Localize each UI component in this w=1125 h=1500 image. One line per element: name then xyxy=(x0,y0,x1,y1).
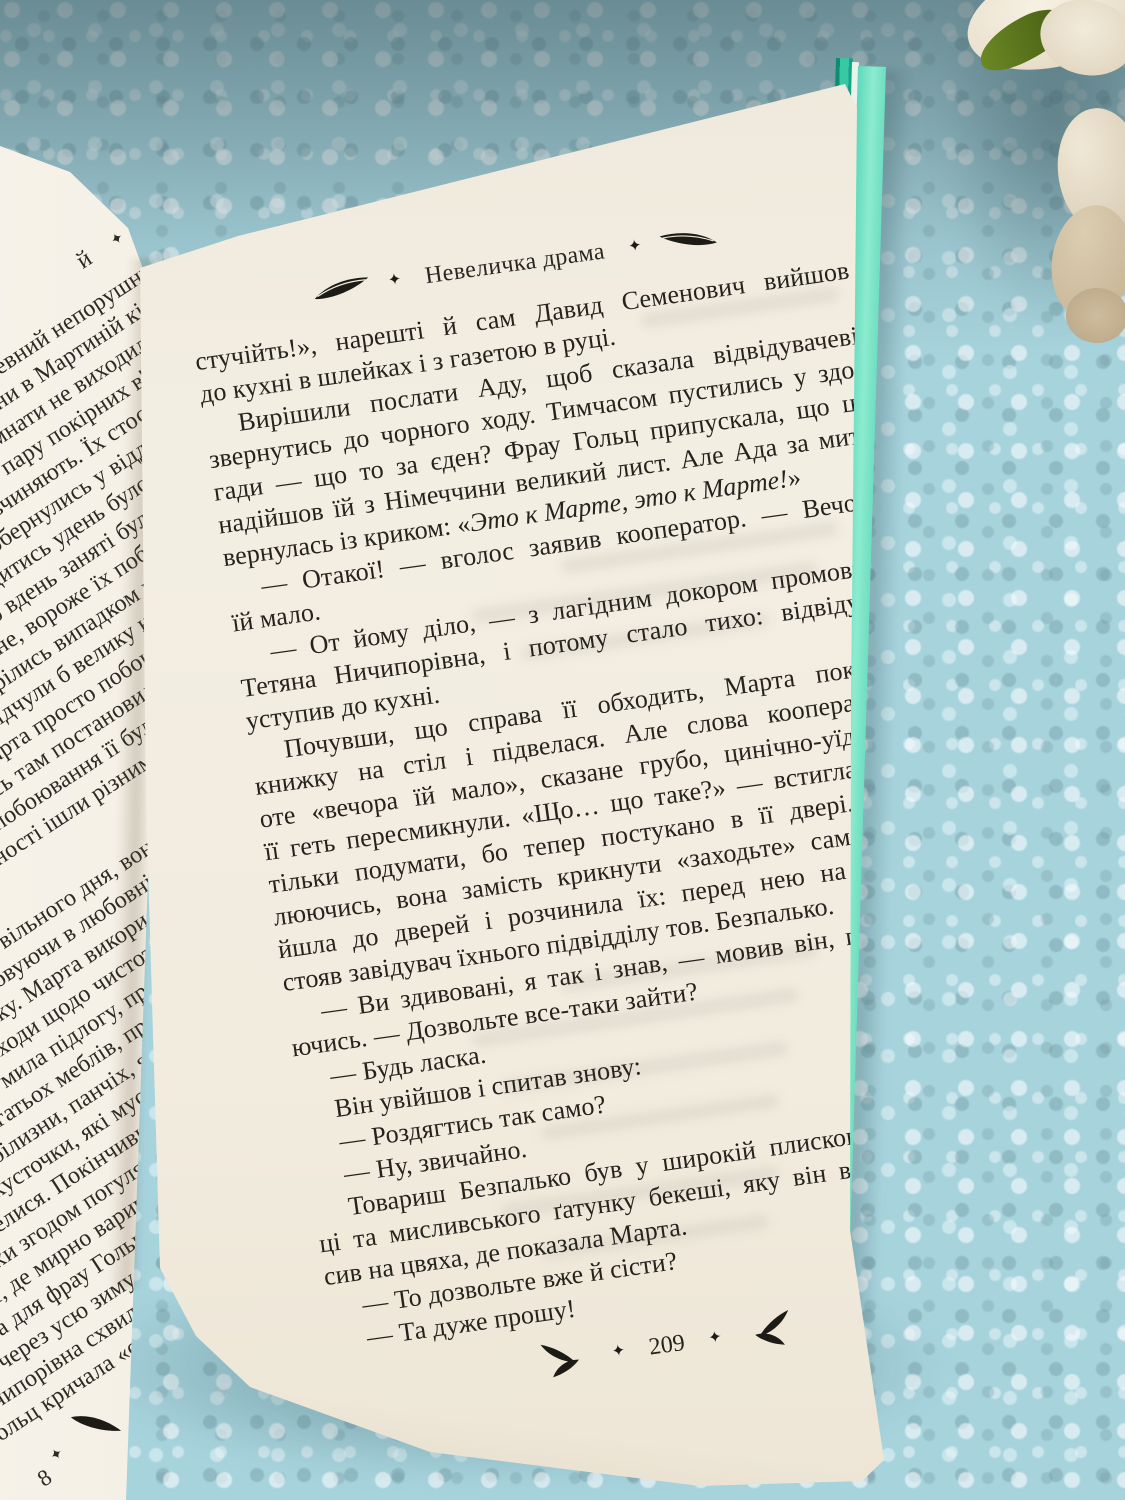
leaf-branch-icon xyxy=(743,1307,798,1354)
text-segment: » xyxy=(786,462,803,493)
star-ornament-icon: ✦ xyxy=(611,1343,627,1361)
page-number: 209 xyxy=(647,1329,686,1361)
leaf-ornament-icon xyxy=(658,226,718,254)
left-page-number-fragment: 8 xyxy=(33,1464,57,1492)
leaf-ornament-icon xyxy=(68,1403,124,1445)
star-ornament-icon: ✦ xyxy=(107,228,128,251)
leaf-branch-icon xyxy=(536,1336,591,1383)
left-header-fragment: й xyxy=(72,245,98,275)
star-ornament-icon: ✦ xyxy=(627,238,643,256)
chapter-title: Невеличка драма xyxy=(417,237,612,291)
star-ornament-icon: ✦ xyxy=(387,272,403,290)
star-ornament-icon: ✦ xyxy=(48,1445,67,1465)
leaf-ornament-icon xyxy=(311,274,371,302)
star-ornament-icon: ✦ xyxy=(707,1330,723,1348)
flower-petal xyxy=(1066,288,1125,343)
